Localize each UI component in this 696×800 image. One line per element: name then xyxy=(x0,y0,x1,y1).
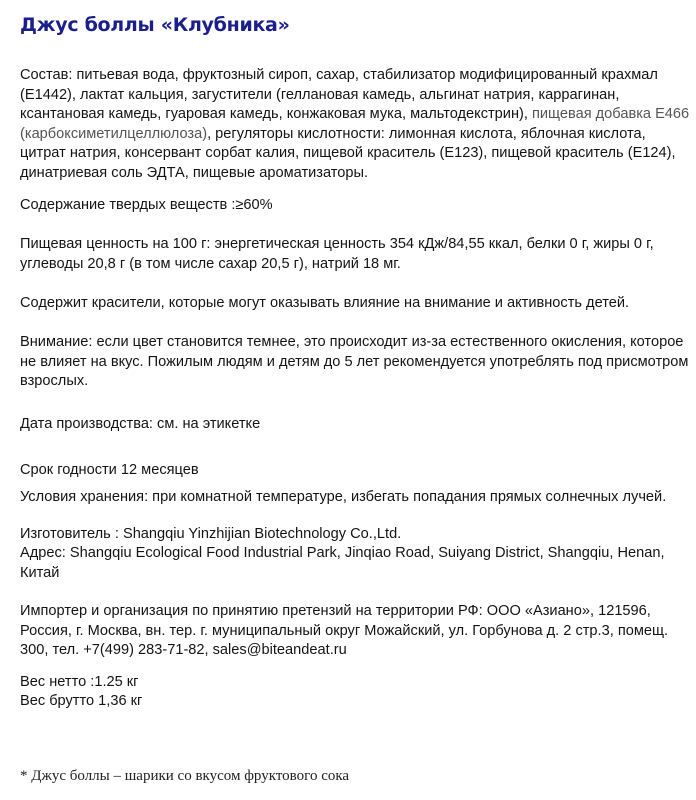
production-date: Дата производства: см. на этикетке xyxy=(20,415,690,435)
attention-note: Внимание: если цвет становится темнее, э… xyxy=(20,333,690,392)
dyes-warning: Содержит красители, которые могут оказыв… xyxy=(20,294,690,314)
solids-content: Содержание твердых веществ :≥60% xyxy=(20,196,690,216)
page-title: Джус боллы «Клубника» xyxy=(20,14,290,36)
composition-text: Состав: питьевая вода, фруктозный сироп,… xyxy=(20,66,690,183)
footnote: * Джус боллы – шарики со вкусом фруктово… xyxy=(20,768,349,785)
net-weight: Вес нетто :1.25 кг xyxy=(20,673,690,693)
manufacturer: Изготовитель : Shangqiu Yinzhijian Biote… xyxy=(20,525,690,545)
importer-info: Импортер и организация по принятию прете… xyxy=(20,602,690,661)
nutrition-value: Пищевая ценность на 100 г: энергетическа… xyxy=(20,235,690,274)
storage-conditions: Условия хранения: при комнатной температ… xyxy=(20,488,690,508)
manufacturer-address: Адрес: Shangqiu Ecological Food Industri… xyxy=(20,544,690,583)
shelf-life: Срок годности 12 месяцев xyxy=(20,461,690,481)
gross-weight: Вес брутто 1,36 кг xyxy=(20,692,690,712)
